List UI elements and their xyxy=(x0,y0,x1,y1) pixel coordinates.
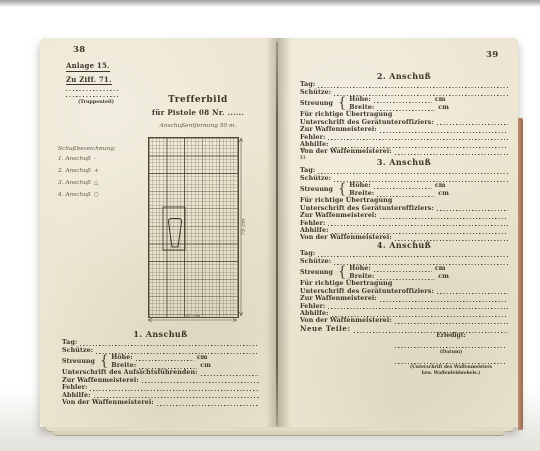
fill-in-line xyxy=(332,143,509,148)
fill-in-line xyxy=(328,305,508,310)
form-section-1: 1. Anschuß Tag: Schütze: Streuung { Höhe… xyxy=(62,329,259,406)
fill-in-line xyxy=(377,192,435,197)
field-streuung: Streuung { Höhe:cm Breite:cm xyxy=(62,354,259,369)
section-3-heading: 3. Anschuß xyxy=(300,157,508,167)
field-schuetze: Schütze: xyxy=(300,257,508,264)
fill-in-line xyxy=(437,290,508,295)
field-hoehe: Höhe:cm xyxy=(111,354,259,361)
width-dimension-line xyxy=(148,318,237,321)
field-schuetze: Schütze: xyxy=(300,174,508,181)
field-zur-waffenmeisterei: Zur Waffenmeisterei: xyxy=(62,376,259,383)
field-von-der-waffenmeisterei: Von der Waffenmeisterei: xyxy=(62,399,259,406)
date-caption: (Datum) xyxy=(395,349,507,355)
field-tag: Tag: xyxy=(300,167,508,174)
field-abhilfe: Abhilfe: xyxy=(300,310,508,317)
field-hoehe: Höhe:cm xyxy=(349,265,508,272)
signature-fill-line xyxy=(395,361,507,364)
field-tag: Tag: xyxy=(62,339,259,346)
field-fuer-richtige-uebertragung: Für richtige Übertragung xyxy=(300,111,508,118)
fill-in-line xyxy=(380,297,508,302)
signature-caption-line-2: bzw. Waffenfeldwebels.) xyxy=(395,371,507,376)
field-streuung: Streuung { Höhe:cm Breite:cm xyxy=(300,265,508,280)
field-breite: Breite:cm xyxy=(349,272,508,279)
annex-line-1: Anlage 15. xyxy=(66,61,110,72)
annex-line-2: Zu Ziff. 71. xyxy=(66,75,112,86)
fill-in-line xyxy=(437,121,508,126)
fill-in-line xyxy=(332,229,509,234)
distance-note: Anschußentfernung 50 m. xyxy=(118,123,278,129)
dash-symbol: – xyxy=(94,156,97,162)
field-fehler: Fehler: xyxy=(300,219,508,226)
plus-symbol: + xyxy=(94,168,99,174)
page-number-right: 39 xyxy=(486,50,498,60)
field-unterschrift-geraet: Unterschrift des Gerätunteroffiziers: xyxy=(300,204,508,211)
field-abhilfe: Abhilfe: xyxy=(300,141,508,148)
field-schuetze: Schütze: xyxy=(62,346,259,353)
field-schuetze: Schütze: xyxy=(300,88,508,95)
page-39: 39 2. Anschuß Tag: Schütze: Streuung { H… xyxy=(277,38,518,427)
field-abhilfe: Abhilfe: xyxy=(300,227,508,234)
field-abhilfe: Abhilfe: xyxy=(62,391,259,398)
field-fehler: Fehler: xyxy=(300,302,508,309)
section-4-heading: 4. Anschuß xyxy=(300,240,508,250)
fill-in-line xyxy=(437,207,508,212)
fill-in-line xyxy=(318,83,508,88)
field-streuung: Streuung { Höhe:cm Breite:cm xyxy=(300,182,508,197)
fill-in-line xyxy=(395,150,508,155)
form-section-3: 3. Anschuß Tag: Schütze: Streuung { Höhe… xyxy=(300,157,508,241)
field-unterschrift-aufsicht: Unterschrift des Aufsichtsführenden: xyxy=(62,369,259,376)
field-hoehe: Höhe:cm xyxy=(349,182,508,189)
page-fore-edge xyxy=(518,118,523,430)
field-fuer-richtige-uebertragung: Für richtige Übertragung xyxy=(300,280,508,287)
height-dimension-label: 75 cm xyxy=(241,218,247,235)
fill-in-line xyxy=(94,394,260,399)
brace-glyph: { xyxy=(100,354,108,368)
field-zur-waffenmeisterei: Zur Waffenmeisterei: xyxy=(300,212,508,219)
field-tag: Tag: xyxy=(300,81,508,88)
field-zur-waffenmeisterei: Zur Waffenmeisterei: xyxy=(300,126,508,133)
circle-symbol: ○ xyxy=(94,192,99,198)
unit-fill-line xyxy=(66,88,120,91)
fill-in-line xyxy=(90,386,259,391)
fill-in-line xyxy=(377,275,435,280)
done-label: Erledigt: xyxy=(395,332,507,339)
field-hoehe: Höhe:cm xyxy=(349,96,508,103)
book-gutter xyxy=(276,42,278,425)
field-fehler: Fehler: xyxy=(62,384,259,391)
fill-in-line xyxy=(328,222,508,227)
field-breite: Breite:cm xyxy=(349,103,508,110)
legend-heading: Schußbezeichnung: xyxy=(58,146,116,152)
field-zur-waffenmeisterei: Zur Waffenmeisterei: xyxy=(300,295,508,302)
print-artifact: a. xyxy=(302,146,307,152)
fill-in-line xyxy=(377,106,435,111)
fill-in-line xyxy=(318,252,508,257)
page-stack-edge xyxy=(53,431,505,436)
fill-in-line xyxy=(380,214,508,219)
form-title-block: Trefferbild für Pistole 08 Nr. ...... An… xyxy=(118,95,278,129)
date-fill-line xyxy=(395,345,507,348)
legend-item: 1. Anschuß– xyxy=(58,156,116,168)
field-breite: Breite:cm xyxy=(349,189,508,196)
field-unterschrift-geraet: Unterschrift des Gerätunteroffiziers: xyxy=(300,118,508,125)
field-unterschrift-geraet: Unterschrift des Gerätunteroffiziers: xyxy=(300,287,508,294)
open-book: 38 Anlage 15. Zu Ziff. 71. (Truppenteil)… xyxy=(40,38,518,427)
field-fuer-richtige-uebertragung: Für richtige Übertragung xyxy=(300,197,508,204)
fill-in-line xyxy=(328,136,508,141)
brace-glyph: { xyxy=(338,265,346,279)
fill-in-line xyxy=(201,371,259,376)
unit-caption: (Truppenteil) xyxy=(66,99,126,105)
completion-block: Erledigt: (Datum) (Unterschrift des Waff… xyxy=(395,332,507,376)
field-streuung: Streuung { Höhe:cm Breite:cm xyxy=(300,96,508,111)
unit-fill-line xyxy=(66,94,120,97)
form-title: Trefferbild xyxy=(118,95,278,105)
legend-item: 3. Anschuß△ xyxy=(58,180,116,192)
scanner-edge xyxy=(0,0,540,7)
form-subtitle: für Pistole 08 Nr. ...... xyxy=(118,108,278,117)
legend-item: 2. Anschuß+ xyxy=(58,168,116,180)
form-section-2: 2. Anschuß Tag: Schütze: Streuung { Höhe… xyxy=(300,71,508,155)
section-1-heading: 1. Anschuß xyxy=(62,329,259,339)
field-breite: Breite:cm xyxy=(111,361,259,368)
fill-in-line xyxy=(142,379,259,384)
fill-in-line xyxy=(157,401,259,406)
fill-in-line xyxy=(332,312,509,317)
field-fehler: Fehler: xyxy=(300,133,508,140)
field-tag: Tag: xyxy=(300,250,508,257)
brace-glyph: { xyxy=(338,96,346,110)
fill-in-line xyxy=(318,169,508,174)
triangle-symbol: △ xyxy=(94,180,98,186)
page-38: 38 Anlage 15. Zu Ziff. 71. (Truppenteil)… xyxy=(40,38,277,427)
target-grid xyxy=(148,137,239,318)
form-section-4: 4. Anschuß Tag: Schütze: Streuung { Höhe… xyxy=(300,240,508,324)
brace-glyph: { xyxy=(338,182,346,196)
fill-in-line xyxy=(80,341,259,346)
page-number-left: 38 xyxy=(73,45,85,55)
field-von-der-waffenmeisterei: Von der Waffenmeisterei: xyxy=(300,148,508,155)
signature-caption-line-1: (Unterschrift des Waffenmeisters xyxy=(395,365,507,370)
fill-in-line xyxy=(380,128,508,133)
legend-item: 4. Anschuß○ xyxy=(58,192,116,204)
section-2-heading: 2. Anschuß xyxy=(300,71,508,81)
annex-box: Anlage 15. Zu Ziff. 71. (Truppenteil) xyxy=(66,61,126,105)
height-dimension-line xyxy=(239,138,242,316)
fill-in-line xyxy=(139,364,197,369)
shot-legend: Schußbezeichnung: 1. Anschuß– 2. Anschuß… xyxy=(58,146,116,204)
